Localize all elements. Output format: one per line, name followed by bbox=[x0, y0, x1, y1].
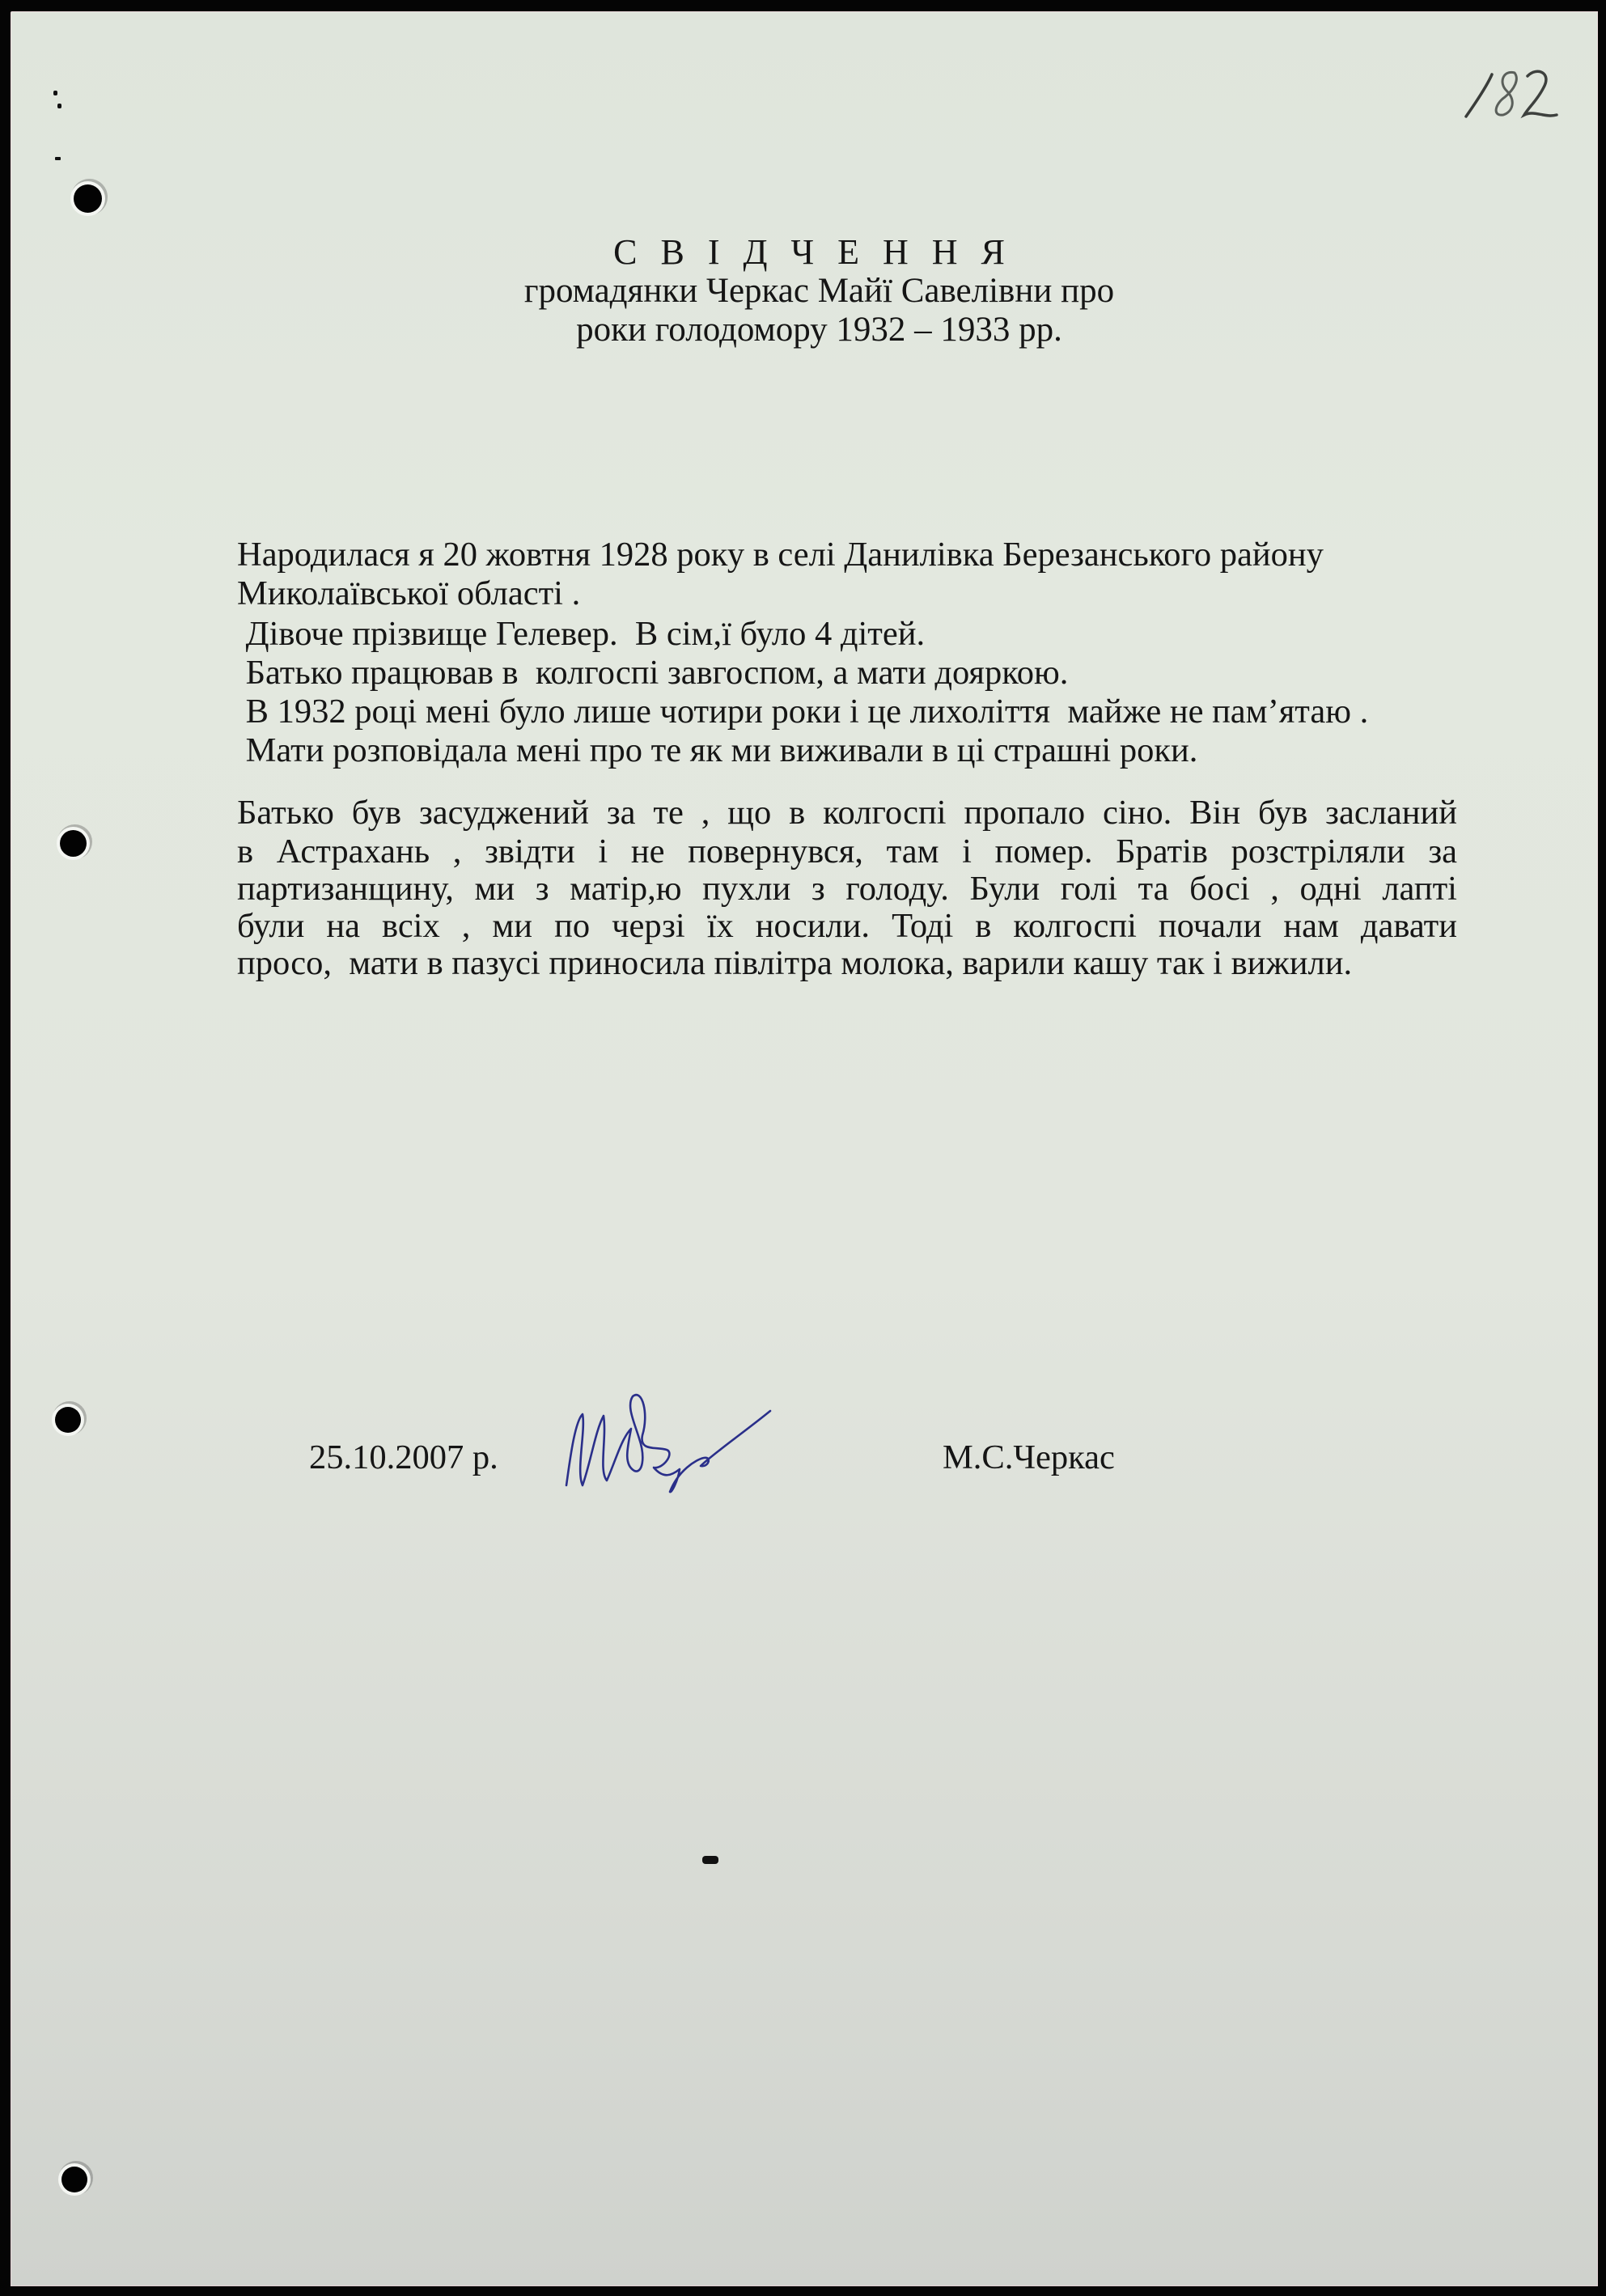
staple-mark bbox=[55, 157, 61, 160]
ink-dash-mark bbox=[702, 1856, 718, 1864]
staple-mark bbox=[53, 91, 57, 95]
document-page bbox=[11, 11, 1598, 2286]
staple-mark bbox=[57, 104, 61, 108]
body-line: просо, мати в пазусі приносила півлітра … bbox=[237, 944, 1352, 983]
body-line: Дівоче прізвище Гелевер. В сім,ї було 4 … bbox=[237, 615, 925, 654]
document-subtitle-line-2: роки голодомору 1932 – 1933 рр. bbox=[0, 311, 1606, 349]
signature-icon bbox=[558, 1390, 817, 1495]
body-line: Батько працював в колгоспі завгоспом, а … bbox=[237, 654, 1068, 693]
punch-hole-upper-middle bbox=[60, 830, 87, 857]
body-line: Миколаївської області . bbox=[237, 574, 580, 613]
document-subtitle-line-1: громадянки Черкас Майї Савелівни про bbox=[0, 272, 1606, 311]
body-line: Народилася я 20 жовтня 1928 року в селі … bbox=[237, 536, 1324, 574]
punch-hole-lower-middle bbox=[55, 1407, 81, 1433]
page-shade bbox=[11, 11, 1598, 44]
punch-hole-top bbox=[74, 184, 102, 213]
page-number-handwritten: 182 bbox=[1456, 58, 1562, 131]
body-line: Мати розповідала мені про те як ми вижив… bbox=[237, 731, 1197, 770]
body-line: партизанщину, ми з матір,ю пухли з голод… bbox=[237, 870, 1457, 909]
body-line: в Астрахань , звідти і не повернувся, та… bbox=[237, 832, 1457, 871]
body-line: Батько був засуджений за те , що в колго… bbox=[237, 794, 1457, 832]
body-line: В 1932 році мені було лише чотири роки і… bbox=[237, 693, 1368, 731]
signature-date: 25.10.2007 р. bbox=[309, 1438, 498, 1477]
punch-hole-bottom bbox=[61, 2167, 87, 2192]
signatory-name: М.С.Черкас bbox=[943, 1438, 1115, 1477]
body-line: були на всіх , ми по черзі їх носили. То… bbox=[237, 907, 1457, 946]
document-title: С В І Д Ч Е Н Н Я bbox=[0, 233, 1606, 272]
